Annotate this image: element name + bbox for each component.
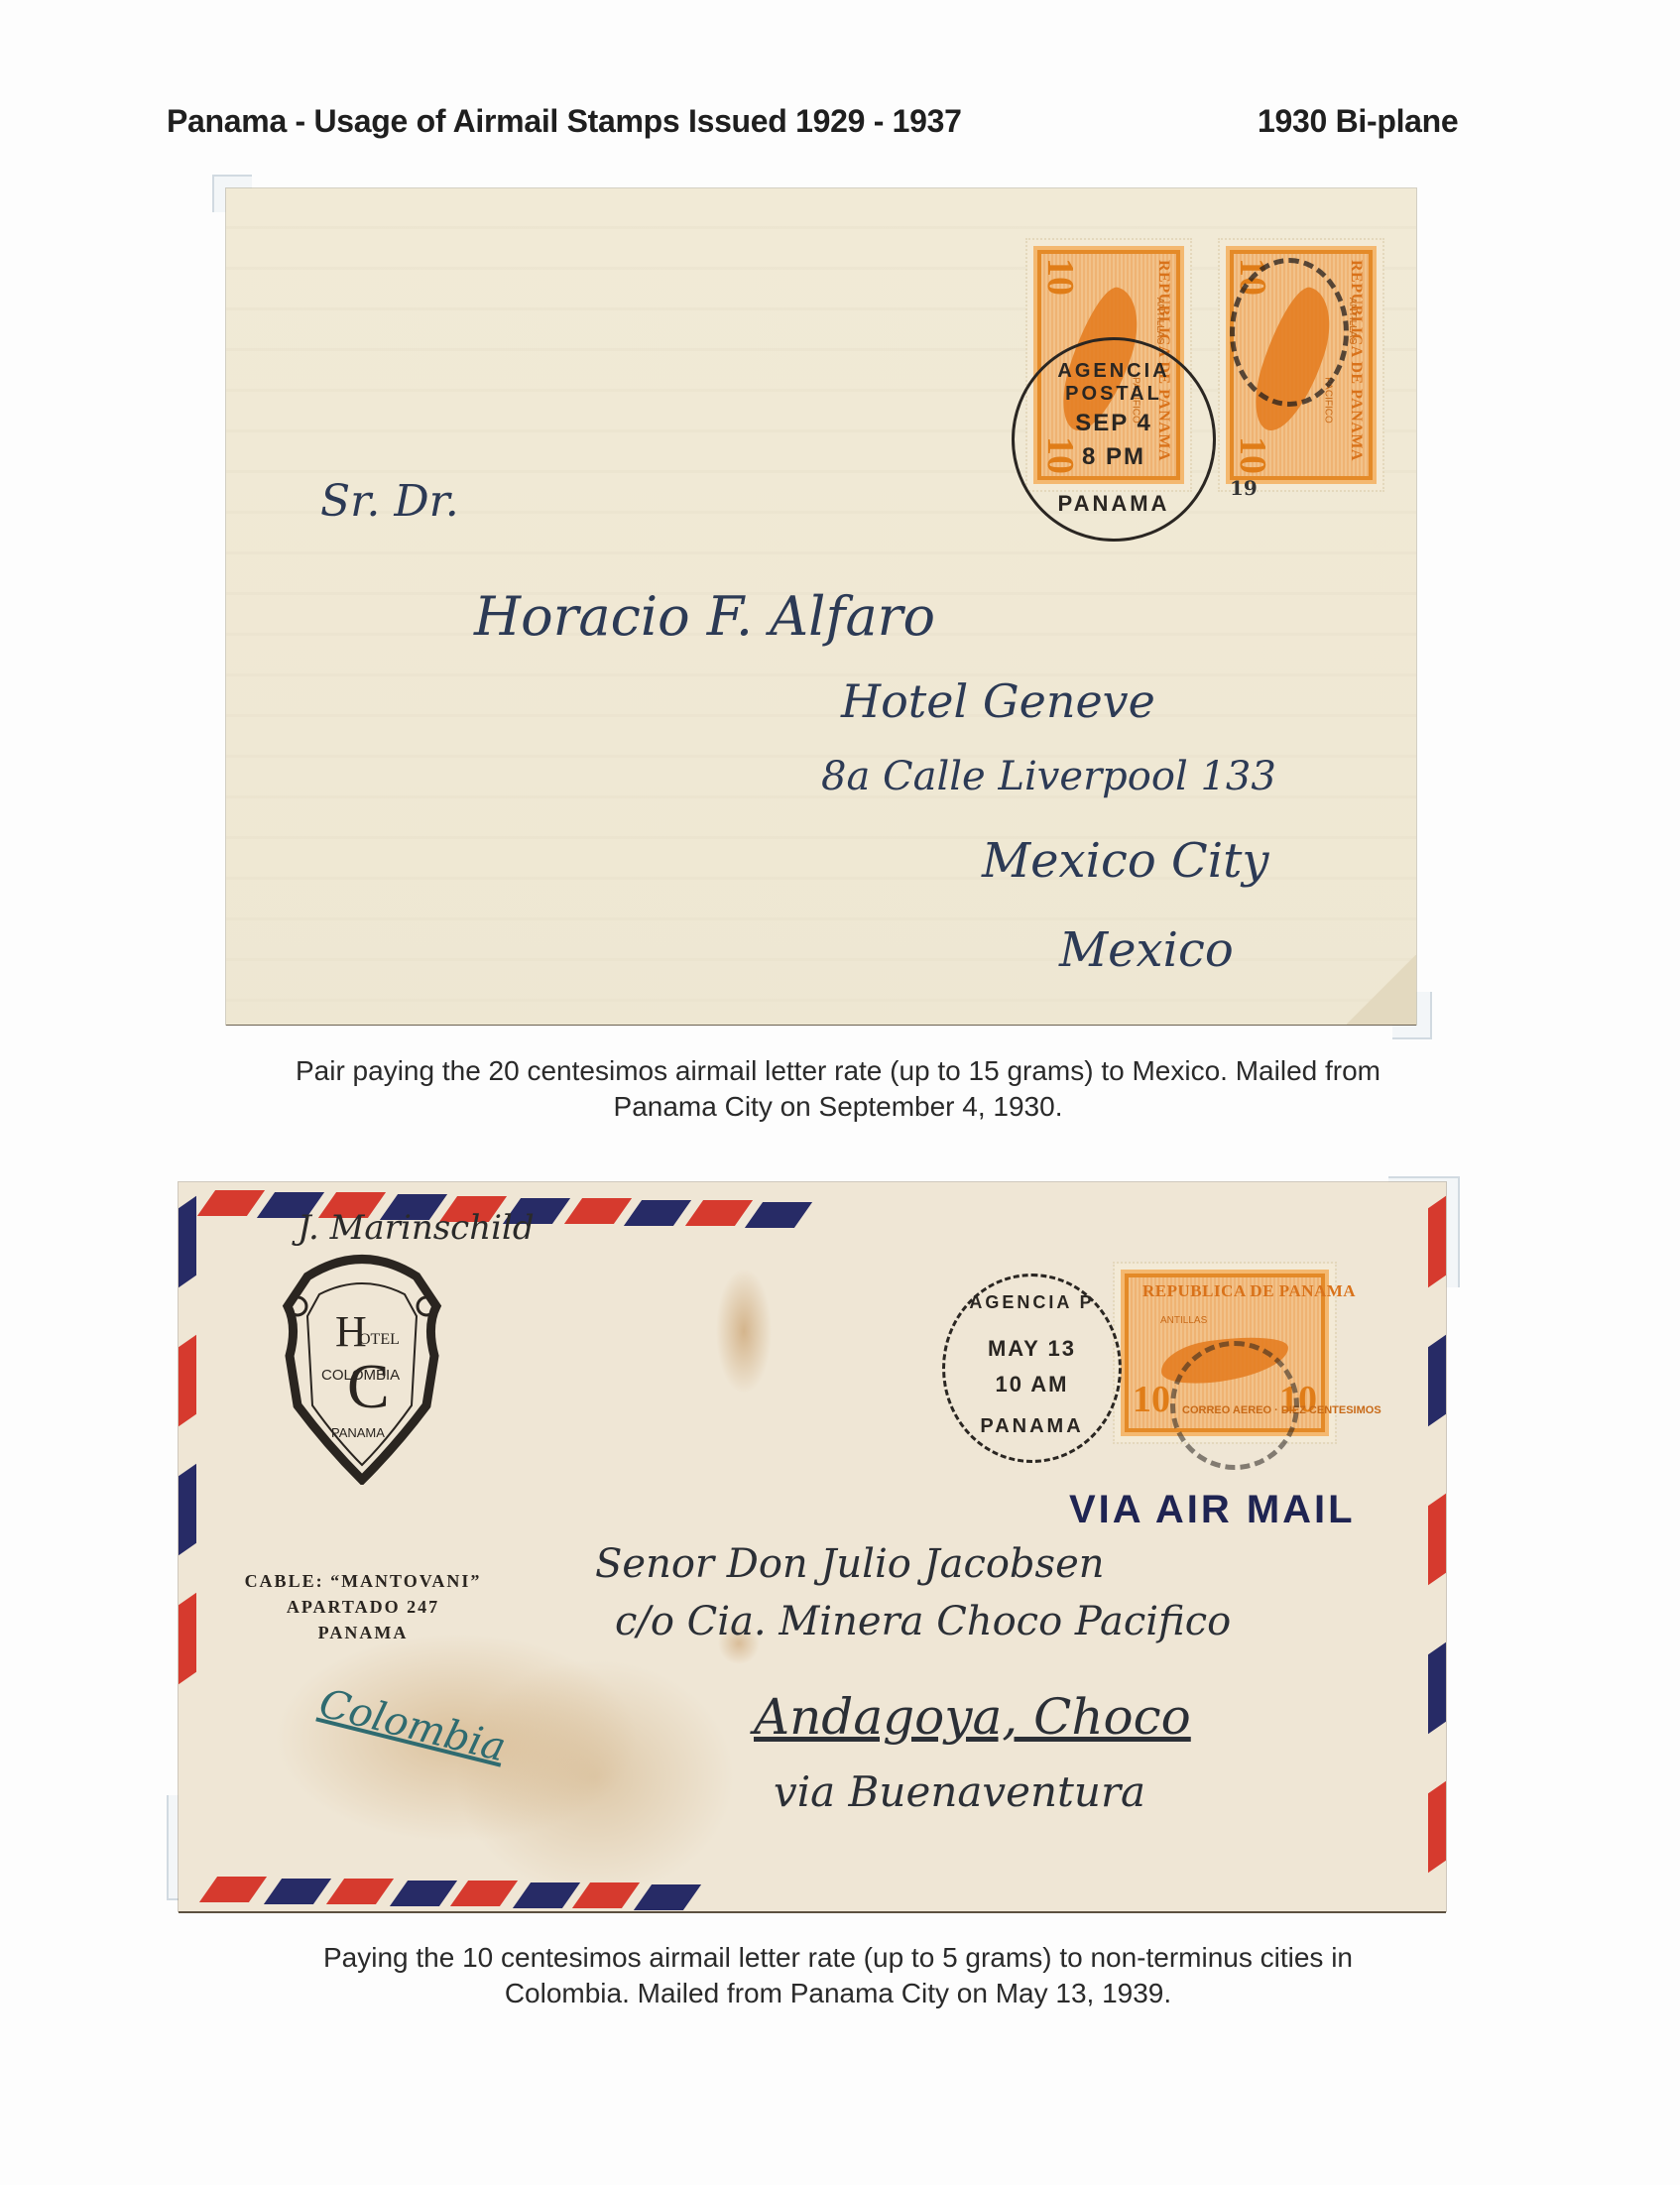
postmark-cds: AGENCIA POSTAL SEP 4 8 PM PANAMA — [1012, 337, 1216, 542]
via-air-mail-label: VIA AIR MAIL — [1069, 1488, 1356, 1532]
airmail-stripe — [1428, 1335, 1446, 1427]
airmail-stripe — [264, 1879, 331, 1904]
stamp-label: ANTILLAS — [1154, 298, 1165, 344]
cover-1-envelope: 10 10 REPUBLICA DE PANAMA ANTILLAS PACIF… — [226, 188, 1416, 1025]
airmail-stripe — [179, 1335, 196, 1427]
caption-line: Panama City on September 4, 1930. — [149, 1089, 1527, 1125]
stamp-value: 10 — [1041, 258, 1079, 296]
stamp-country: REPUBLICA DE PANAMA — [1347, 260, 1365, 461]
airmail-stripe — [326, 1879, 394, 1904]
address-name: Senor Don Julio Jacobsen — [595, 1541, 1105, 1587]
airmail-stripe — [179, 1196, 196, 1288]
address-route: via Buenaventura — [774, 1767, 1145, 1816]
caption-line: Colombia. Mailed from Panama City on May… — [149, 1976, 1527, 2011]
svg-text:C: C — [347, 1351, 390, 1421]
stamp-value: 10 — [1234, 436, 1271, 474]
postmark-ring-top: AGENCIA P — [945, 1292, 1119, 1313]
airmail-stripe — [197, 1190, 265, 1216]
airmail-stripe — [624, 1200, 691, 1226]
page-subtitle: 1930 Bi-plane — [1258, 103, 1458, 140]
airmail-stripe — [390, 1881, 457, 1906]
airmail-stripe — [1428, 1196, 1446, 1288]
postmark-ring-top: AGENCIA POSTAL — [1015, 360, 1213, 406]
cover-2-caption: Paying the 10 centesimos airmail letter … — [149, 1940, 1527, 2011]
hotel-cable: CABLE: “MANTOVANI” — [184, 1571, 541, 1592]
cover-2-envelope: J. Marinschild H OTEL C COLOMBIA PANAMA … — [179, 1182, 1446, 1911]
airmail-stripe — [199, 1877, 267, 1902]
stamp-country: REPUBLICA DE PANAMA — [1142, 1281, 1356, 1301]
address-name: Horacio F. Alfaro — [474, 585, 935, 648]
postmark-year: 19 — [1230, 476, 1258, 500]
airmail-stripe — [685, 1200, 753, 1226]
hotel-city: PANAMA — [184, 1623, 541, 1643]
stamp-label: ANTILLAS — [1160, 1315, 1207, 1326]
airmail-stripe — [513, 1882, 580, 1908]
airmail-stripe — [1428, 1781, 1446, 1874]
postmark-cds: AGENCIA P MAY 13 10 AM PANAMA — [942, 1274, 1122, 1463]
routing-note: Colombia — [314, 1680, 510, 1770]
hotel-apartado: APARTADO 247 — [184, 1597, 541, 1618]
address-line1: Hotel Geneve — [841, 674, 1155, 728]
address-country: Mexico — [1059, 922, 1234, 978]
postmark-ring-bottom: PANAMA — [1015, 491, 1213, 517]
svg-text:OTEL: OTEL — [359, 1331, 400, 1348]
duplex-cancel — [1170, 1341, 1299, 1470]
address-salutation: Sr. Dr. — [320, 476, 459, 527]
airmail-stripe — [745, 1202, 812, 1228]
stamp-value: 10 — [1133, 1381, 1170, 1418]
caption-line: Pair paying the 20 centesimos airmail le… — [149, 1053, 1527, 1089]
airmail-stripe — [179, 1464, 196, 1556]
page-title: Panama - Usage of Airmail Stamps Issued … — [167, 103, 962, 140]
cover-1-caption: Pair paying the 20 centesimos airmail le… — [149, 1053, 1527, 1125]
postmark-time: 10 AM — [945, 1372, 1119, 1397]
caption-line: Paying the 10 centesimos airmail letter … — [149, 1940, 1527, 1976]
hotel-colombia-logo: H OTEL C COLOMBIA PANAMA — [278, 1247, 446, 1485]
postmark-date: MAY 13 — [945, 1336, 1119, 1362]
airmail-stripe — [572, 1882, 640, 1908]
address-city: Mexico City — [982, 833, 1269, 889]
postmark-date: SEP 4 — [1015, 410, 1213, 437]
airmail-stripe — [1428, 1494, 1446, 1586]
address-line1: c/o Cia. Minera Choco Pacifico — [615, 1599, 1231, 1644]
folded-corner — [1347, 955, 1416, 1025]
airmail-stripe — [564, 1198, 632, 1224]
airmail-stripe — [1428, 1642, 1446, 1735]
airmail-stripe — [634, 1884, 701, 1910]
sender-signature: J. Marinschild — [298, 1208, 535, 1248]
postmark-time: 8 PM — [1015, 443, 1213, 471]
address-line2: 8a Calle Liverpool 133 — [821, 754, 1276, 799]
address-city: Andagoya, Choco — [754, 1688, 1191, 1746]
svg-text:COLOMBIA: COLOMBIA — [321, 1367, 400, 1384]
svg-text:PANAMA: PANAMA — [331, 1425, 385, 1440]
hotel-crest-icon: H OTEL C COLOMBIA PANAMA — [278, 1247, 446, 1485]
postmark-ring-bottom: PANAMA — [945, 1415, 1119, 1438]
duplex-cancel — [1230, 258, 1349, 407]
airmail-stripe — [450, 1881, 518, 1906]
